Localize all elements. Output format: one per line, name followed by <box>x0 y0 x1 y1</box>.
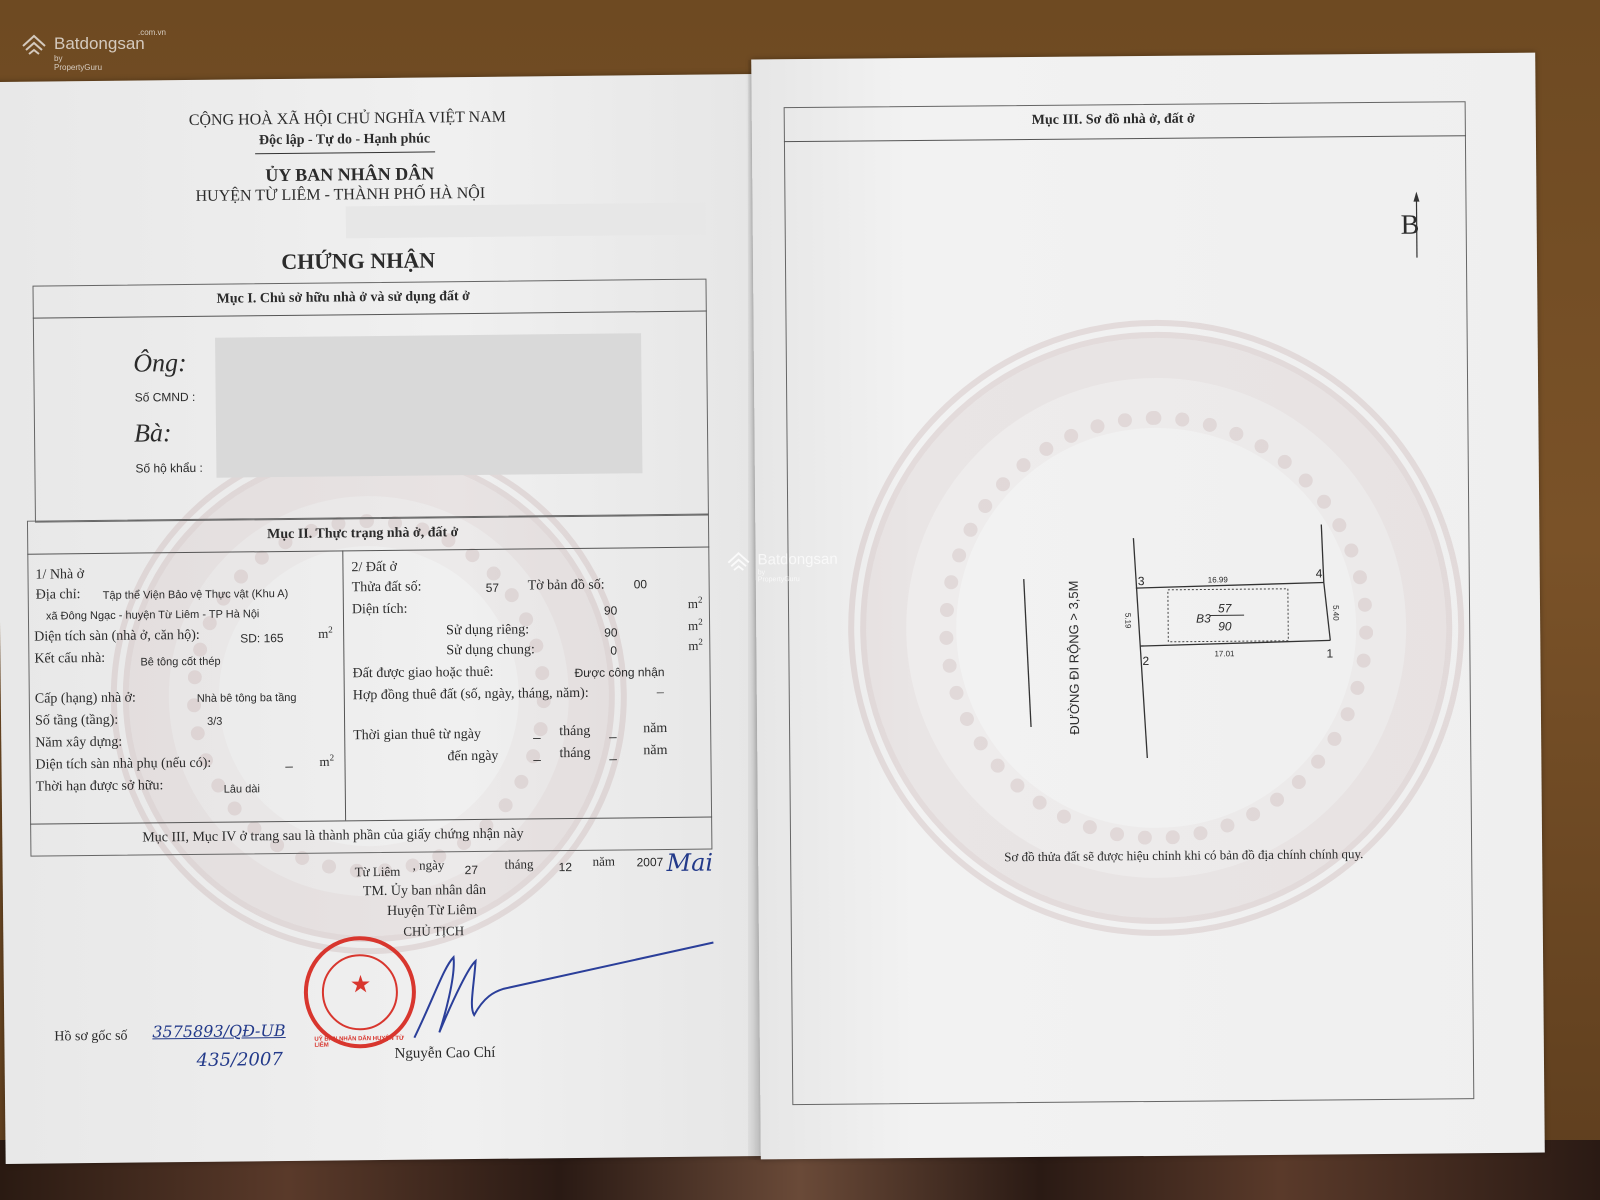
star-emblem-icon: ★ <box>350 970 372 999</box>
watermark-brand: Batdongsan <box>758 551 838 569</box>
section-1-title: Mục I. Chủ sở hữu nhà ở và sử dụng đất ở <box>217 289 470 308</box>
lease-from-month: _ <box>609 724 616 739</box>
plot-area: 90 <box>1218 619 1231 633</box>
certificate-left-page: CỘNG HOÀ XÃ HỘI CHỦ NGHĨA VIỆT NAM Độc l… <box>0 74 766 1164</box>
id-number-label: Số CMND : <box>135 390 196 405</box>
land-area-unit: m2 <box>688 595 703 612</box>
address-label: Địa chỉ: <box>36 587 81 603</box>
country-heading: CỘNG HOÀ XÃ HỘI CHỦ NGHĨA VIỆT NAM <box>189 109 506 130</box>
district-heading: HUYỆN TỪ LIÊM - THÀNH PHỐ HÀ NỘI <box>195 185 485 206</box>
chairman-signature <box>383 934 724 1058</box>
land-area-value: 90 <box>604 604 618 618</box>
unit: m <box>688 618 698 633</box>
lease-to-label: đến ngày <box>447 749 498 766</box>
shared-use-value: 0 <box>610 644 617 658</box>
floor-area-value: SD: 165 <box>240 631 284 645</box>
section-2-title: Mục II. Thực trạng nhà ở, đất ở <box>267 525 458 543</box>
diagram-note: Sơ đồ thửa đất sẽ được hiệu chỉnh khi có… <box>1004 846 1363 865</box>
corner-3: 3 <box>1138 574 1145 588</box>
corner-2: 2 <box>1142 654 1149 668</box>
watermark-brand: Batdongsan <box>54 34 145 54</box>
parcel-label: Thửa đất số: <box>352 580 422 597</box>
ownership-term-value: Lâu dài <box>224 783 260 795</box>
parcel-value: 57 <box>486 581 500 595</box>
map-sheet-label: Tờ bản đồ số: <box>528 578 605 595</box>
unit-sup: 2 <box>698 595 703 605</box>
shared-use-label: Sử dụng chung: <box>446 642 535 659</box>
address-line-1: Tập thể Viện Bảo vệ Thực vật (Khu A) <box>103 588 289 602</box>
signing-district: Huyện Từ Liêm <box>387 903 477 920</box>
lease-from-label: Thời gian thuê từ ngày <box>353 727 481 744</box>
corner-1: 1 <box>1326 646 1333 660</box>
section-3-title: Mục III. Sơ đồ nhà ở, đất ở <box>1032 112 1195 129</box>
signing-day-label: , ngày <box>413 857 445 873</box>
floors-value: 3/3 <box>207 716 222 728</box>
lease-to-month: _ <box>609 746 616 761</box>
map-sheet-value: 00 <box>634 577 648 591</box>
lease-to-day: _ <box>533 746 540 761</box>
record-number-line-1: 3575893/QĐ-UB <box>152 1021 286 1041</box>
allocation-label: Đất được giao hoặc thuê: <box>352 665 493 682</box>
unit: m <box>688 638 698 653</box>
left-edge-length: 5.19 <box>1123 613 1132 629</box>
ownership-term-label: Thời hạn được sở hữu: <box>36 778 164 795</box>
unit: m <box>318 626 328 641</box>
year-built-label: Năm xây dựng: <box>35 735 122 752</box>
lease-contract-label: Hợp đồng thuê đất (số, ngày, tháng, năm)… <box>353 686 589 704</box>
floor-area-unit: m2 <box>318 624 333 641</box>
aux-area-value: _ <box>285 753 292 768</box>
unit: m <box>688 596 698 611</box>
private-use-unit: m2 <box>688 617 703 634</box>
allocation-value: Được công nhận <box>575 665 665 680</box>
signing-month-label: tháng <box>504 856 533 872</box>
lease-from-month-label: tháng <box>559 724 590 740</box>
land-heading: 2/ Đất ở <box>351 560 397 576</box>
private-use-label: Sử dụng riêng: <box>446 622 529 639</box>
signing-day: 27 <box>465 863 479 877</box>
lease-to-month-label: tháng <box>559 746 590 762</box>
unit: m <box>319 754 329 769</box>
unit-sup: 2 <box>698 617 703 627</box>
watermark-tagline: by PropertyGuru <box>758 569 800 583</box>
house-logo-icon <box>725 549 751 580</box>
household-number-label: Số hộ khẩu : <box>135 461 203 476</box>
unit-sup: 2 <box>330 752 335 762</box>
right-edge-length: 5.40 <box>1331 605 1340 621</box>
record-number-line-2: 435/2007 <box>197 1049 283 1071</box>
aux-area-label: Diện tích sàn nhà phụ (nếu có): <box>35 756 211 774</box>
redacted-field <box>346 203 706 239</box>
plot-diagram <box>1005 524 1347 767</box>
motto: Độc lập - Tự do - Hạnh phúc <box>259 131 430 149</box>
owner-female-label: Bà: <box>134 418 172 448</box>
north-label: B <box>1401 210 1420 242</box>
signing-month: 12 <box>559 860 573 874</box>
signing-year: 2007 <box>636 855 663 869</box>
lease-to-year-label: năm <box>643 743 667 759</box>
land-area-label: Diện tích: <box>352 602 408 619</box>
watermark-domain: .com.vn <box>138 28 166 37</box>
signing-place: Từ Liêm <box>355 864 401 880</box>
floor-area-label: Diện tích sàn (nhà ở, căn hộ): <box>34 628 200 646</box>
owner-male-label: Ông: <box>133 348 187 379</box>
unit-sup: 2 <box>698 637 703 647</box>
redacted-owner-info <box>215 333 642 477</box>
plot-block: B3 <box>1196 611 1211 625</box>
address-line-2: xã Đông Ngạc - huyện Từ Liêm - TP Hà Nội <box>46 608 260 622</box>
authority-heading: ỦY BAN NHÂN DÂN <box>265 163 434 186</box>
private-use-value: 90 <box>604 626 618 640</box>
structure-label: Kết cấu nhà: <box>34 651 105 668</box>
structure-value: Bê tông cốt thép <box>140 656 220 669</box>
unit-sup: 2 <box>328 624 333 634</box>
certificate-right-page: Mục III. Sơ đồ nhà ở, đất ở B ĐƯỜNG ĐI R… <box>751 53 1545 1160</box>
top-edge-length: 16.99 <box>1208 575 1228 584</box>
signing-year-label: năm <box>592 854 615 870</box>
initials-signature: Mai <box>666 849 713 877</box>
certificate-title: CHỨNG NHẬN <box>281 247 435 275</box>
plot-parcel-number: 57 <box>1218 601 1231 615</box>
signer-name: Nguyễn Cao Chí <box>394 1045 495 1063</box>
record-label: Hồ sơ gốc số <box>54 1029 127 1046</box>
shared-use-unit: m2 <box>688 637 703 654</box>
corner-4: 4 <box>1316 566 1323 580</box>
lease-from-year-label: năm <box>643 721 667 737</box>
on-behalf-label: TM. Ủy ban nhân dân <box>363 883 486 900</box>
watermark-tagline: by PropertyGuru <box>54 54 102 72</box>
house-heading: 1/ Nhà ở <box>35 567 84 584</box>
motto-underline <box>255 151 435 154</box>
lease-from-day: _ <box>533 724 540 739</box>
grade-label: Cấp (hạng) nhà ở: <box>35 691 136 708</box>
road-label: ĐƯỜNG ĐI RỘNG > 3,5M <box>1066 581 1082 735</box>
aux-area-unit: m2 <box>319 752 334 769</box>
grade-value: Nhà bê tông ba tầng <box>197 692 297 705</box>
lease-contract-value: – <box>657 685 664 701</box>
bottom-edge-length: 17.01 <box>1214 649 1234 658</box>
house-logo-icon <box>20 32 46 58</box>
floors-label: Số tầng (tầng): <box>35 713 118 730</box>
